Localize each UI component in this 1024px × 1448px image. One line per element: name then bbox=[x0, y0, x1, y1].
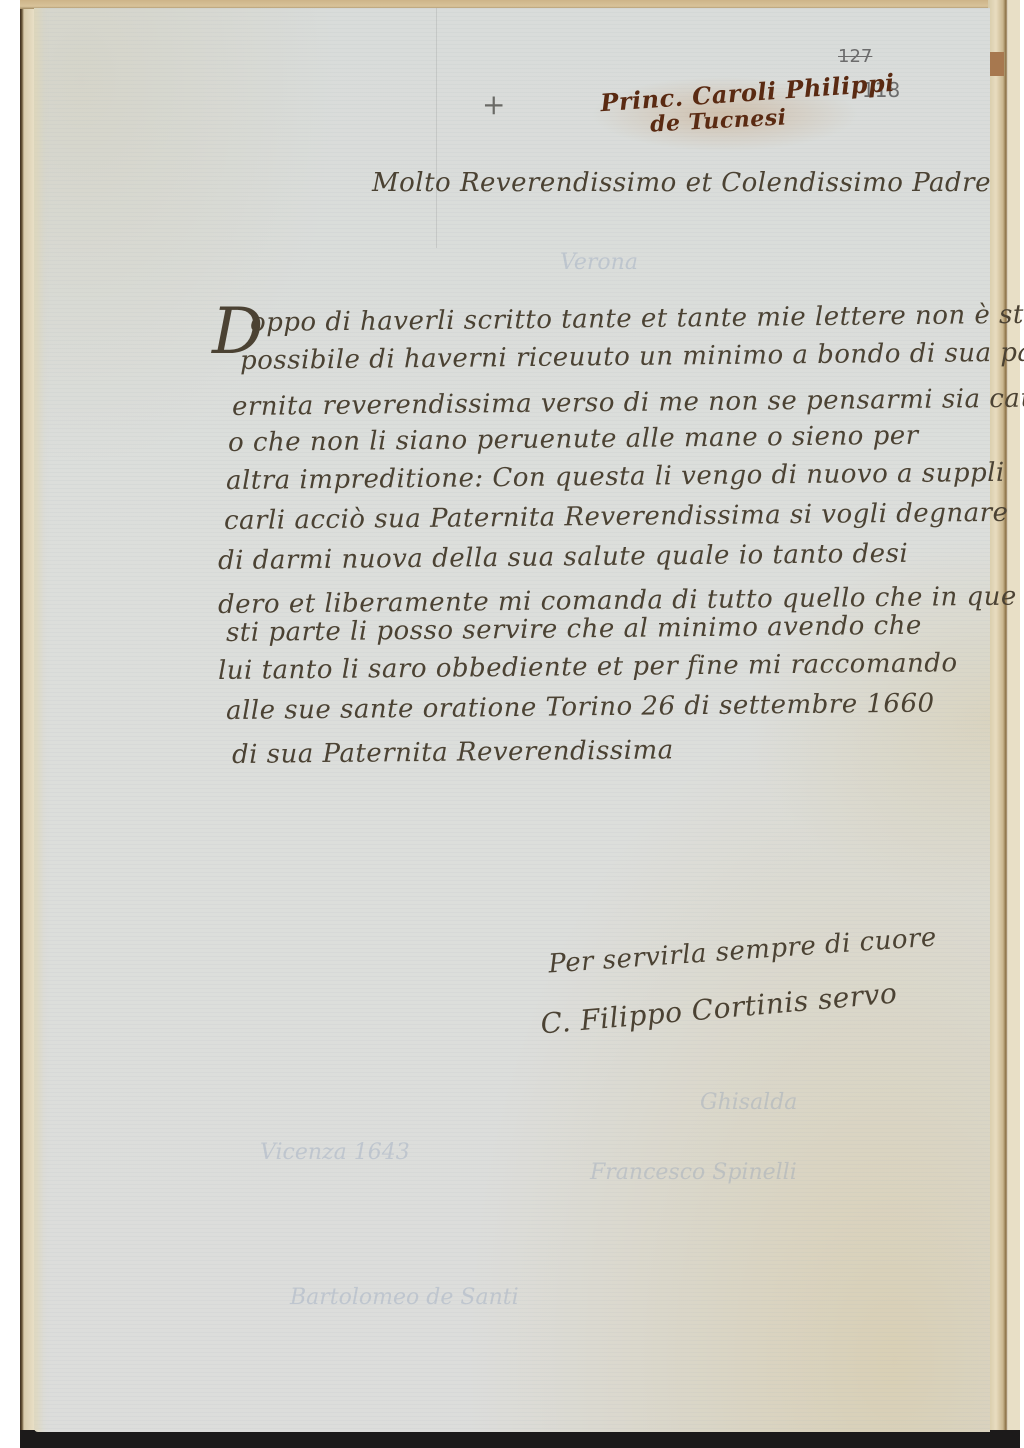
page-right-edge bbox=[988, 0, 1008, 1440]
bleed-through-text: Vicenza 1643 bbox=[260, 1140, 410, 1165]
cross-mark: + bbox=[482, 88, 506, 121]
bleed-through-text: Francesco Spinelli bbox=[590, 1160, 797, 1185]
bleed-through-text: Bartolomeo de Santi bbox=[290, 1285, 519, 1310]
guard-tab bbox=[990, 52, 1004, 76]
binding-shadow bbox=[20, 1430, 1020, 1448]
body-line: di sua Paternita Reverendissima bbox=[232, 735, 674, 770]
bleed-through-text: Ghisalda bbox=[700, 1090, 797, 1115]
salutation: Molto Reverendissimo et Colendissimo Pad… bbox=[372, 168, 991, 198]
scanned-page: Verona Vicenza 1643 Francesco Spinelli G… bbox=[0, 0, 1024, 1448]
struck-folio-number: 127 bbox=[838, 46, 872, 67]
bleed-through-text: Verona bbox=[560, 250, 638, 275]
fold-line bbox=[436, 8, 437, 248]
